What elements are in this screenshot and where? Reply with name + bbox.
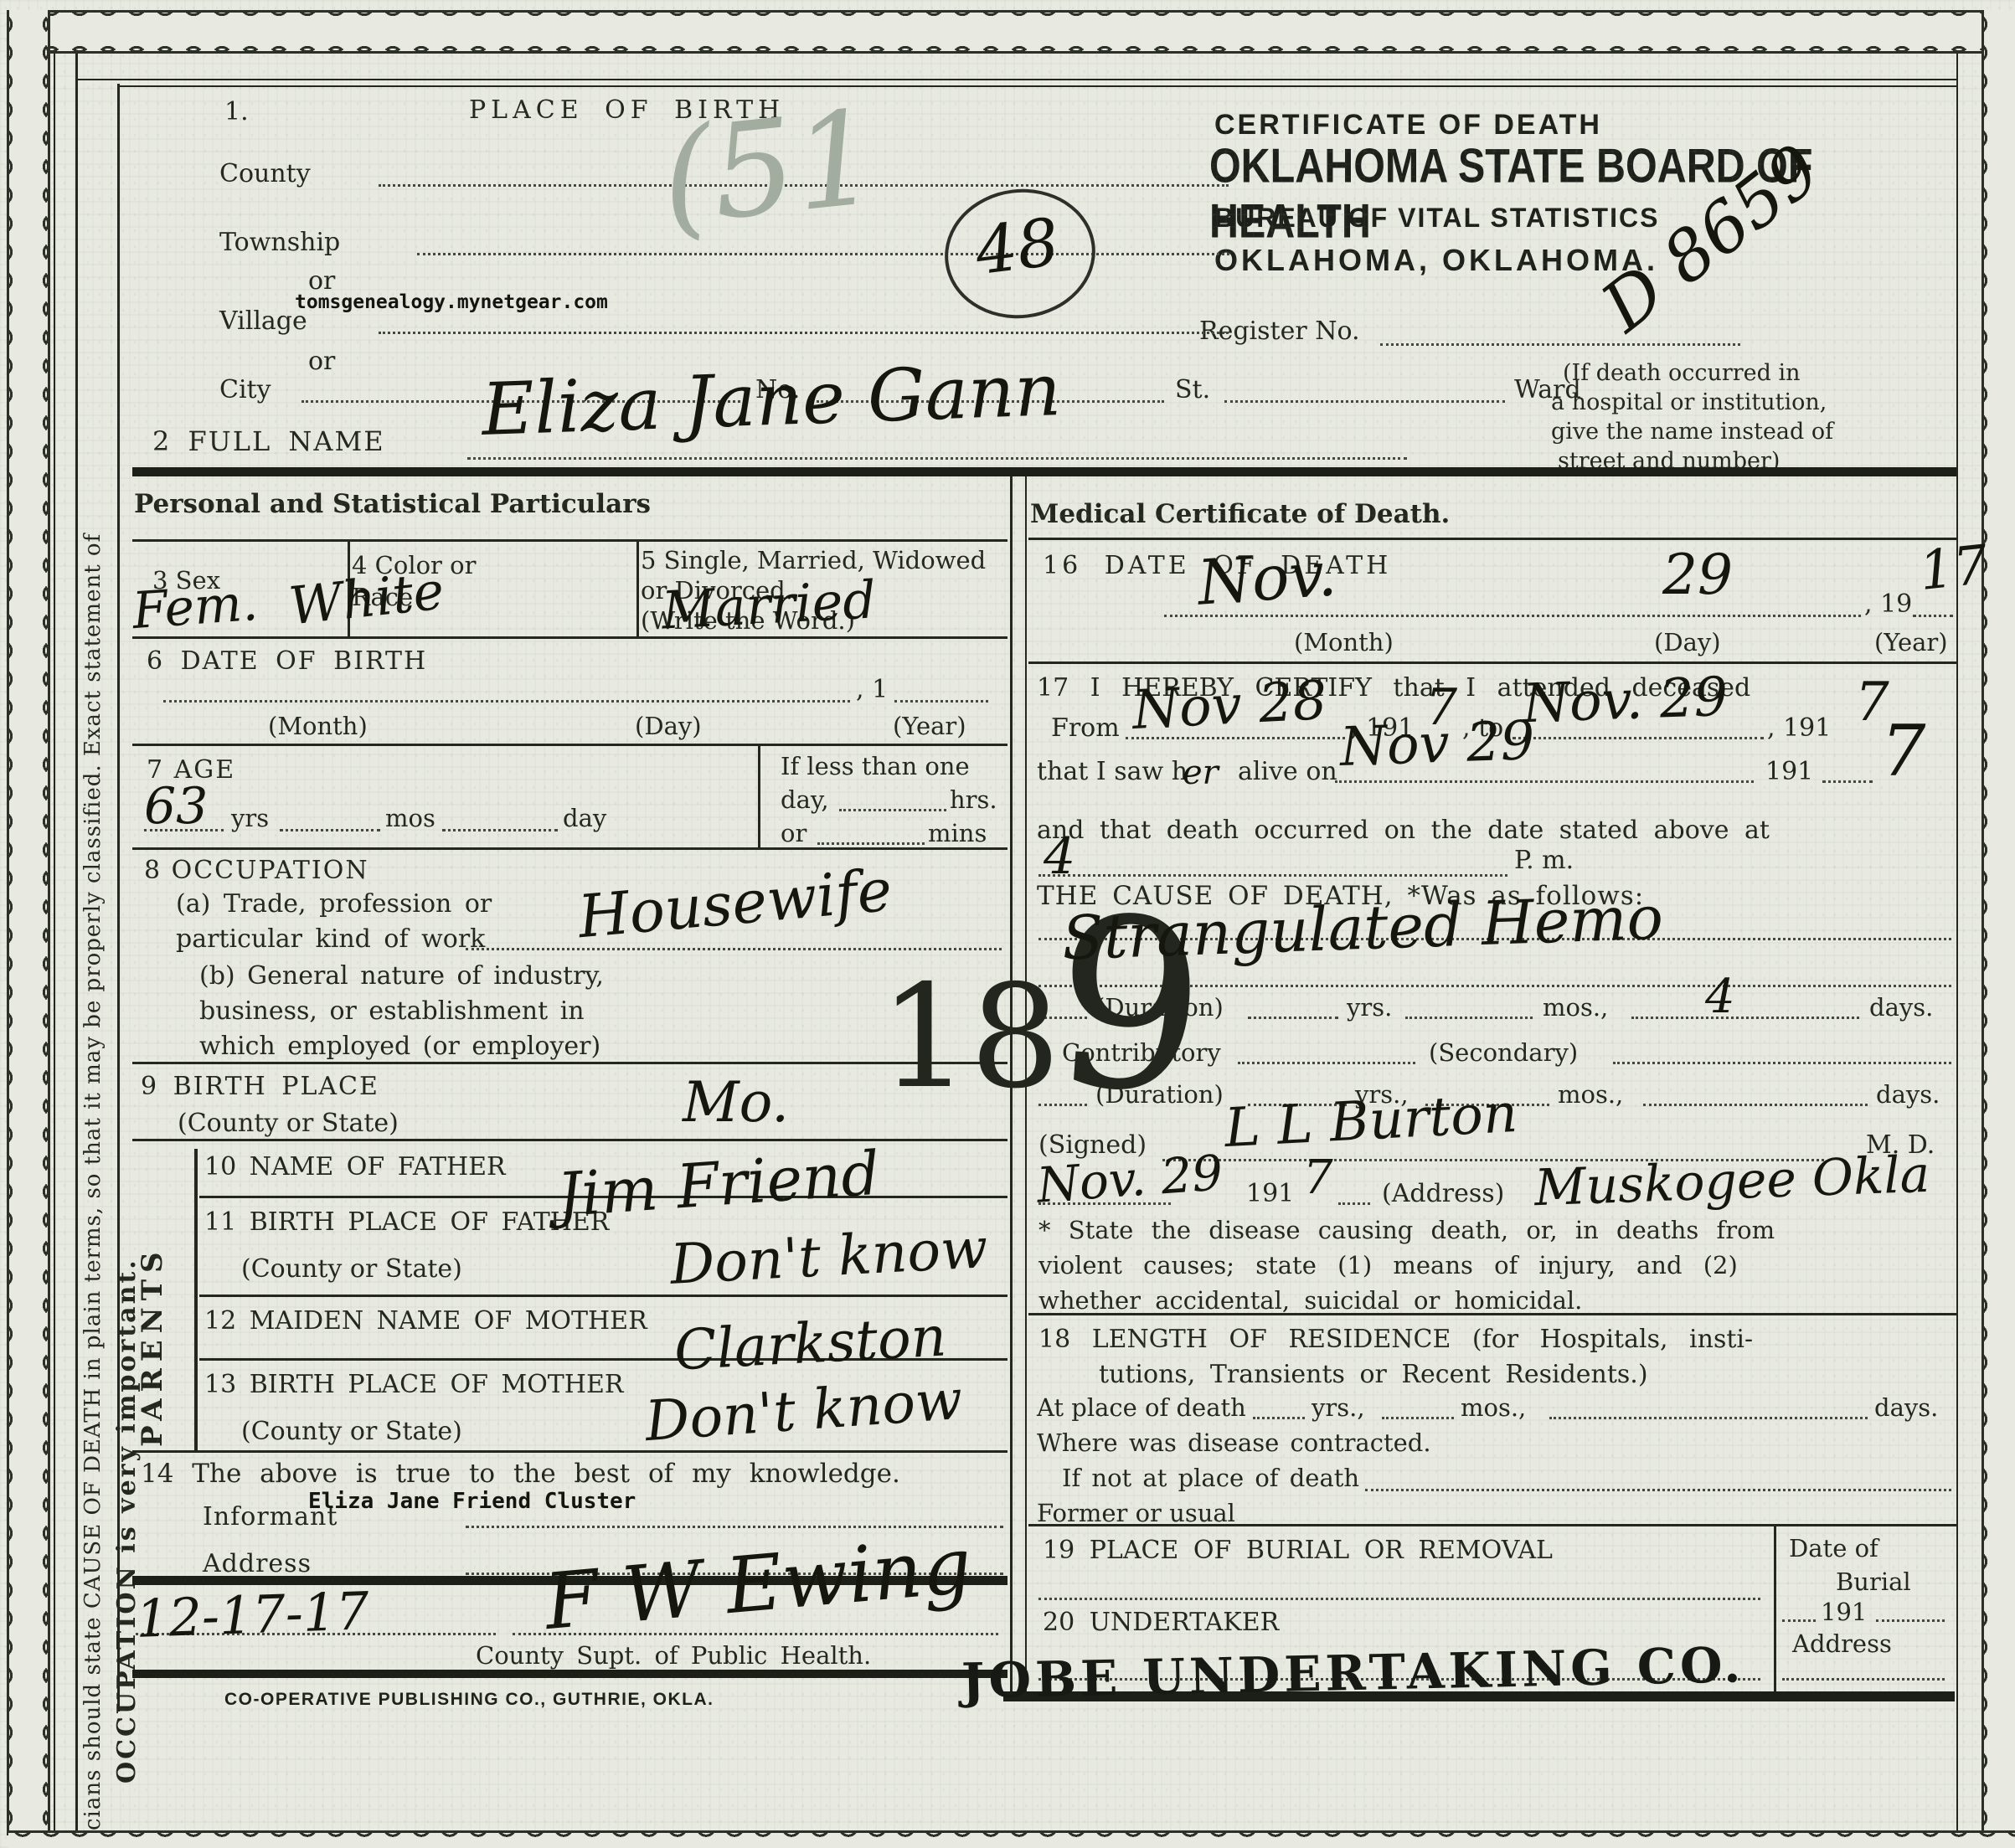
file-number-18: 18	[879, 966, 1060, 1124]
border-bottom	[8, 1830, 2015, 1848]
if-less-1: If less than one	[781, 752, 970, 780]
hospital-note-1: (If death occurred in	[1563, 358, 1801, 388]
physician-signature: L L Burton	[1223, 1083, 1518, 1160]
former-usual: Former or usual	[1037, 1499, 1235, 1527]
footnote-1: * State the disease causing death, or, i…	[1038, 1216, 1953, 1244]
saw-text-1: that I saw h	[1037, 757, 1188, 786]
city-st-label: St.	[1175, 375, 1210, 404]
at-place-dots-1	[1253, 1417, 1305, 1419]
main-divider-rule	[132, 467, 1956, 476]
content-right-line	[1956, 50, 1958, 1830]
dob-month-label: (Month)	[268, 712, 368, 740]
saw-year-printed: 191	[1765, 757, 1813, 786]
dod-month-label: (Month)	[1294, 628, 1394, 656]
age-mos: mos	[385, 804, 435, 832]
rule-under-footnote	[1028, 1313, 1956, 1315]
burial-label: 19 PLACE OF BURIAL OR REMOVAL	[1043, 1536, 1553, 1565]
contributory-dots-1	[1238, 1062, 1415, 1064]
undertaker-label: 20 UNDERTAKER	[1043, 1608, 1279, 1637]
time-value: 4	[1044, 827, 1075, 886]
father-label: 10 NAME OF FATHER	[204, 1152, 506, 1181]
contributory-dots-2	[1613, 1062, 1951, 1064]
dob-label: 6 DATE OF BIRTH	[147, 646, 427, 676]
duration2-mos: mos.,	[1558, 1080, 1623, 1109]
race-value: White	[286, 560, 447, 637]
father-value: Jim Friend	[555, 1138, 882, 1231]
occupation-a2: particular kind of work	[176, 924, 485, 954]
medical-title: Medical Certificate of Death.	[1030, 499, 1951, 529]
mother-bp-label: 13 BIRTH PLACE OF MOTHER	[204, 1370, 623, 1399]
burial-year-dots-2	[1876, 1619, 1945, 1622]
saw-text-2: alive on	[1238, 757, 1337, 786]
age-dots-2	[442, 829, 558, 831]
fullname-line	[467, 457, 1407, 460]
saw-value: Nov 29	[1339, 710, 1536, 779]
birthplace-label: 9 BIRTH PLACE	[141, 1072, 379, 1101]
age-dots-1	[280, 829, 380, 831]
section1-number: 1.	[224, 97, 249, 126]
father-bp-value: Don't know	[668, 1216, 989, 1297]
dob-year-prefix: , 1	[856, 675, 888, 704]
marital-value: Married	[660, 569, 877, 641]
age-day: day	[563, 804, 606, 832]
bureau-title: BUREAU OF VITAL STATISTICS	[1214, 203, 1968, 234]
age-cell-divider	[758, 745, 760, 847]
to-year-printed: , 191	[1767, 713, 1831, 743]
burial-main-line	[1038, 1598, 1760, 1600]
occurred-text: and that death occurred on the date stat…	[1037, 816, 1954, 845]
age-yrs: yrs	[231, 804, 269, 832]
frame-line-left-inner	[75, 50, 78, 1830]
supt-label: County Supt. of Public Health.	[476, 1641, 871, 1670]
to-value: Nov. 29	[1522, 667, 1729, 736]
burial-address-line	[1782, 1678, 1945, 1681]
fullname-label: 2 FULL NAME	[152, 425, 385, 457]
birthplace-sub: (County or State)	[178, 1109, 399, 1138]
left-col-rule-2	[132, 1670, 1007, 1678]
to-line	[1513, 737, 1764, 739]
register-line	[1380, 343, 1740, 346]
certificate-title: CERTIFICATE OF DEATH	[1214, 109, 1968, 142]
residence-label-1: 18 LENGTH OF RESIDENCE (for Hospitals, i…	[1038, 1325, 1953, 1354]
rule-under-dob	[132, 744, 1007, 746]
dob-year-label: (Year)	[893, 712, 966, 740]
occupation-value: Housewife	[575, 856, 894, 951]
village-line	[379, 332, 1229, 334]
saw-year-line	[1822, 780, 1873, 783]
rule-under-mother-bp	[132, 1450, 1007, 1453]
occupation-b1: (b) General nature of industry,	[199, 961, 604, 991]
sign-year-printed: 191	[1246, 1179, 1294, 1208]
saw-hand: er	[1183, 754, 1219, 792]
mother-label: 12 MAIDEN NAME OF MOTHER	[204, 1306, 647, 1336]
hrs-dots	[839, 809, 946, 811]
rule-under-father-bp	[199, 1295, 1007, 1297]
parents-label: PARENTS	[136, 1157, 184, 1447]
margin-instruction-line1: cians should state CAUSE OF DEATH in pla…	[80, 75, 109, 1830]
father-bp-label: 11 BIRTH PLACE OF FATHER	[204, 1207, 609, 1237]
supt-signature: F W Ewing	[541, 1521, 975, 1647]
hospital-note-2: a hospital or institution,	[1551, 388, 1827, 417]
personal-title: Personal and Statistical Particulars	[134, 489, 1005, 519]
content-left-line	[117, 84, 120, 1712]
content-top-line	[117, 85, 1956, 87]
rule-under-345	[132, 636, 1007, 639]
duration1-yrs: yrs.	[1347, 993, 1392, 1022]
duration1-days-value: 4	[1705, 970, 1735, 1024]
where-contracted: Where was disease contracted.	[1037, 1428, 1431, 1457]
burial-year: 191	[1821, 1598, 1867, 1626]
at-place-yrs: yrs.,	[1312, 1393, 1365, 1422]
occupation-a1: (a) Trade, profession or	[176, 889, 492, 919]
date-of-label: Date of	[1789, 1534, 1878, 1562]
mins-label: mins	[928, 819, 987, 847]
death-certificate-scan: cians should state CAUSE OF DEATH in pla…	[0, 0, 2015, 1848]
rule-under-medical-title	[1028, 538, 1956, 540]
pencil-number-annotation: (51	[654, 81, 884, 255]
border-top	[8, 10, 2002, 54]
dod-year-label: (Year)	[1874, 628, 1948, 656]
rule-under-age	[132, 847, 1007, 850]
sign-year-line	[1338, 1202, 1370, 1205]
rule-under-personal-title	[132, 539, 1007, 542]
dod-year-printed: , 19	[1864, 589, 1912, 619]
saw-line	[1335, 780, 1754, 783]
sex-value: Fem.	[131, 574, 260, 641]
from-label: From	[1051, 713, 1120, 743]
cluster-label: Eliza Jane Friend Cluster	[308, 1489, 636, 1514]
if-not-label: If not at place of death	[1062, 1464, 1359, 1492]
footnote-2: violent causes; state (1) means of injur…	[1038, 1251, 1953, 1279]
dob-line	[163, 700, 850, 703]
affirmation-text: 14 The above is true to the best of my k…	[141, 1459, 900, 1489]
occupation-b2: business, or establishment in	[199, 996, 585, 1026]
circled-number-annotation: 48	[937, 181, 1102, 327]
duration2-dots-3	[1643, 1104, 1868, 1106]
if-less-2: day,	[781, 785, 829, 814]
footnote-3: whether accidental, suicidal or homicida…	[1038, 1286, 1582, 1315]
watermark: tomsgenealogy.mynetgear.com	[295, 291, 608, 313]
if-not-line	[1365, 1489, 1951, 1491]
rule-under-dod	[1028, 661, 1956, 664]
city-label: City	[219, 375, 271, 404]
mother-bp-sub: (County or State)	[241, 1417, 462, 1446]
dob-year-line	[894, 700, 988, 703]
marital-label-1: 5 Single, Married, Widowed	[641, 546, 1005, 574]
residence-label-2: tutions, Transients or Recent Residents.…	[1099, 1360, 1648, 1389]
parents-bracket	[194, 1149, 198, 1450]
place-title: OKLAHOMA, OKLAHOMA.	[1214, 243, 1968, 278]
from-value: Nov 28	[1131, 670, 1328, 742]
sign-year-hand: 7	[1303, 1150, 1333, 1205]
dod-day-label: (Day)	[1654, 628, 1721, 656]
township-line	[417, 253, 1229, 255]
dod-day-value: 29	[1662, 543, 1733, 607]
fullname-value: Eliza Jane Gann	[480, 348, 1062, 452]
burial-cell-divider	[1774, 1526, 1776, 1693]
race-marital-divider	[636, 541, 639, 638]
duration1-mos: mos.,	[1543, 993, 1608, 1022]
duration1-dots-2	[1405, 1017, 1533, 1019]
hospital-note-3: give the name instead of	[1551, 417, 1833, 446]
father-bp-sub: (County or State)	[241, 1254, 462, 1284]
filing-date-value: 12-17-17	[135, 1580, 370, 1650]
dob-day-label: (Day)	[635, 712, 702, 740]
pm-label: P. m.	[1514, 846, 1574, 875]
duration1-dots-3	[1631, 1017, 1859, 1019]
or-label: or	[781, 819, 807, 847]
township-label: Township	[219, 228, 340, 257]
dod-year-line	[1913, 615, 1953, 617]
at-place-mos: mos.,	[1461, 1393, 1526, 1422]
informant-address-label: Address	[203, 1549, 312, 1578]
city-st-line	[1224, 400, 1505, 403]
dod-line	[1164, 615, 1861, 617]
at-place-dots-2	[1382, 1417, 1454, 1419]
circled-number-value: 48	[971, 205, 1063, 290]
saw-year-hand: 7	[1881, 710, 1925, 792]
dod-month-value: Nov.	[1195, 538, 1338, 619]
address-label: (Address)	[1382, 1179, 1504, 1208]
dod-year-hand: 17	[1916, 534, 1991, 603]
border-left	[7, 10, 50, 1835]
duration1-days: days.	[1869, 993, 1933, 1022]
age-value: 63	[144, 777, 208, 836]
burial-address-label: Address	[1792, 1629, 1892, 1658]
burial-year-dots-1	[1782, 1619, 1816, 1622]
village-or: or	[308, 347, 335, 376]
at-place-dots-3	[1549, 1417, 1868, 1419]
border-right	[1982, 10, 2015, 1848]
rule-under-occupation	[132, 1062, 1007, 1064]
publisher-line: CO-OPERATIVE PUBLISHING CO., GUTHRIE, OK…	[224, 1690, 714, 1710]
frame-line-left-outer	[54, 50, 55, 1830]
rule-under-residence	[1028, 1524, 1956, 1526]
occupation-b3: which employed (or employer)	[199, 1032, 600, 1061]
secondary-label: (Secondary)	[1429, 1038, 1578, 1067]
at-place-label: At place of death	[1037, 1393, 1246, 1422]
county-label: County	[219, 159, 311, 188]
duration2-days: days.	[1876, 1080, 1940, 1109]
at-place-days: days.	[1874, 1393, 1938, 1422]
address-value: Muskogee Okla	[1533, 1145, 1931, 1217]
duration1-dots-1	[1248, 1017, 1338, 1019]
burial-word-label: Burial	[1836, 1567, 1911, 1596]
hrs-label: hrs.	[950, 785, 997, 814]
mins-dots	[817, 842, 925, 845]
sign-date-value: Nov. 29	[1035, 1144, 1224, 1213]
frame-line-top	[77, 79, 1956, 80]
birthplace-value: Mo.	[683, 1070, 789, 1135]
occupation-label: 8 OCCUPATION	[144, 856, 369, 885]
